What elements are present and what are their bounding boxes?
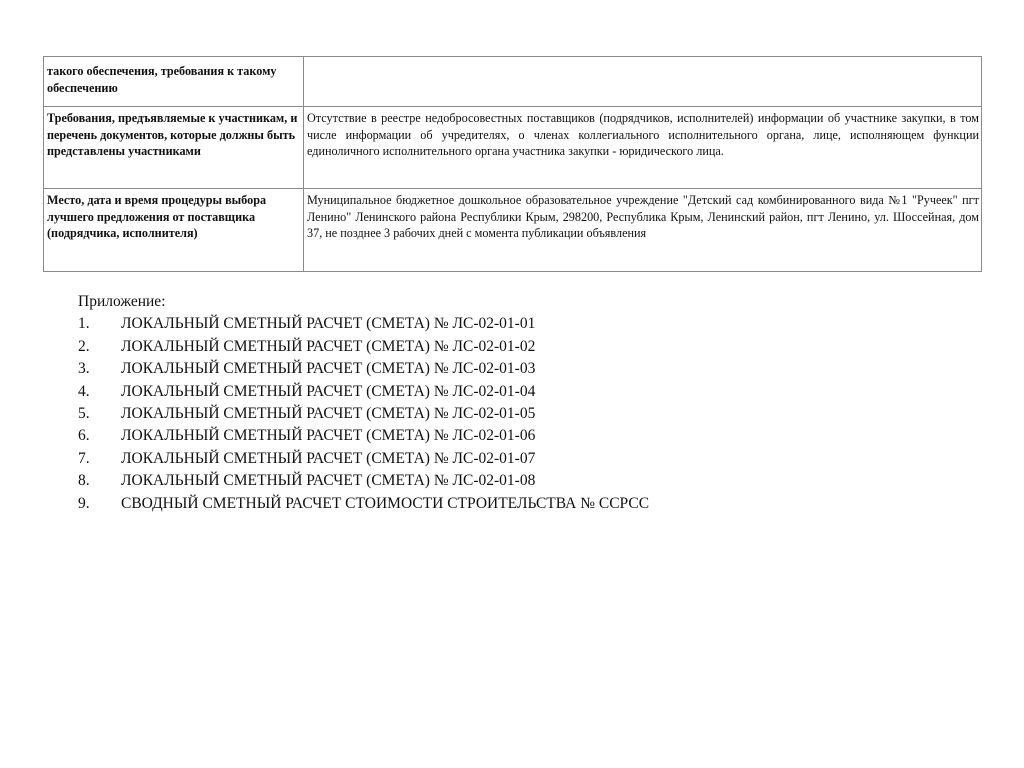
list-item-number: 9. — [78, 493, 121, 515]
list-item-text: ЛОКАЛЬНЫЙ СМЕТНЫЙ РАСЧЕТ (СМЕТА) № ЛС-02… — [121, 425, 535, 447]
list-item-number: 1. — [78, 313, 121, 335]
list-item: 9.СВОДНЫЙ СМЕТНЫЙ РАСЧЕТ СТОИМОСТИ СТРОИ… — [78, 493, 649, 515]
list-item-text: ЛОКАЛЬНЫЙ СМЕТНЫЙ РАСЧЕТ (СМЕТА) № ЛС-02… — [121, 470, 535, 492]
list-item: 6.ЛОКАЛЬНЫЙ СМЕТНЫЙ РАСЧЕТ (СМЕТА) № ЛС-… — [78, 425, 649, 447]
list-item-number: 7. — [78, 448, 121, 470]
list-item-number: 6. — [78, 425, 121, 447]
list-item: 5.ЛОКАЛЬНЫЙ СМЕТНЫЙ РАСЧЕТ (СМЕТА) № ЛС-… — [78, 403, 649, 425]
procurement-info-table: такого обеспечения, требования к такому … — [43, 56, 982, 272]
list-item-number: 4. — [78, 381, 121, 403]
table-row: Место, дата и время процедуры выбора луч… — [44, 189, 982, 272]
list-item: 1.ЛОКАЛЬНЫЙ СМЕТНЫЙ РАСЧЕТ (СМЕТА) № ЛС-… — [78, 313, 649, 335]
appendix-title: Приложение: — [78, 291, 649, 313]
row-label-participant-requirements: Требования, предъявляемые к участникам, … — [44, 107, 304, 189]
list-item-text: СВОДНЫЙ СМЕТНЫЙ РАСЧЕТ СТОИМОСТИ СТРОИТЕ… — [121, 493, 649, 515]
list-item-text: ЛОКАЛЬНЫЙ СМЕТНЫЙ РАСЧЕТ (СМЕТА) № ЛС-02… — [121, 403, 535, 425]
list-item-number: 2. — [78, 336, 121, 358]
row-value-procedure-place-time: Муниципальное бюджетное дошкольное образ… — [304, 189, 982, 272]
list-item-text: ЛОКАЛЬНЫЙ СМЕТНЫЙ РАСЧЕТ (СМЕТА) № ЛС-02… — [121, 313, 535, 335]
list-item: 2.ЛОКАЛЬНЫЙ СМЕТНЫЙ РАСЧЕТ (СМЕТА) № ЛС-… — [78, 336, 649, 358]
table-row: Требования, предъявляемые к участникам, … — [44, 107, 982, 189]
list-item-text: ЛОКАЛЬНЫЙ СМЕТНЫЙ РАСЧЕТ (СМЕТА) № ЛС-02… — [121, 448, 535, 470]
row-value-participant-requirements: Отсутствие в реестре недобросовестных по… — [304, 107, 982, 189]
row-value-security-requirements — [304, 57, 982, 107]
list-item: 8.ЛОКАЛЬНЫЙ СМЕТНЫЙ РАСЧЕТ (СМЕТА) № ЛС-… — [78, 470, 649, 492]
row-label-security-requirements: такого обеспечения, требования к такому … — [44, 57, 304, 107]
appendix-list: 1.ЛОКАЛЬНЫЙ СМЕТНЫЙ РАСЧЕТ (СМЕТА) № ЛС-… — [78, 313, 649, 515]
list-item-number: 5. — [78, 403, 121, 425]
list-item-number: 3. — [78, 358, 121, 380]
list-item: 7.ЛОКАЛЬНЫЙ СМЕТНЫЙ РАСЧЕТ (СМЕТА) № ЛС-… — [78, 448, 649, 470]
list-item-text: ЛОКАЛЬНЫЙ СМЕТНЫЙ РАСЧЕТ (СМЕТА) № ЛС-02… — [121, 358, 535, 380]
list-item: 3.ЛОКАЛЬНЫЙ СМЕТНЫЙ РАСЧЕТ (СМЕТА) № ЛС-… — [78, 358, 649, 380]
list-item: 4.ЛОКАЛЬНЫЙ СМЕТНЫЙ РАСЧЕТ (СМЕТА) № ЛС-… — [78, 381, 649, 403]
list-item-number: 8. — [78, 470, 121, 492]
appendix-section: Приложение: 1.ЛОКАЛЬНЫЙ СМЕТНЫЙ РАСЧЕТ (… — [78, 291, 649, 515]
list-item-text: ЛОКАЛЬНЫЙ СМЕТНЫЙ РАСЧЕТ (СМЕТА) № ЛС-02… — [121, 381, 535, 403]
row-label-procedure-place-time: Место, дата и время процедуры выбора луч… — [44, 189, 304, 272]
table-row: такого обеспечения, требования к такому … — [44, 57, 982, 107]
list-item-text: ЛОКАЛЬНЫЙ СМЕТНЫЙ РАСЧЕТ (СМЕТА) № ЛС-02… — [121, 336, 535, 358]
